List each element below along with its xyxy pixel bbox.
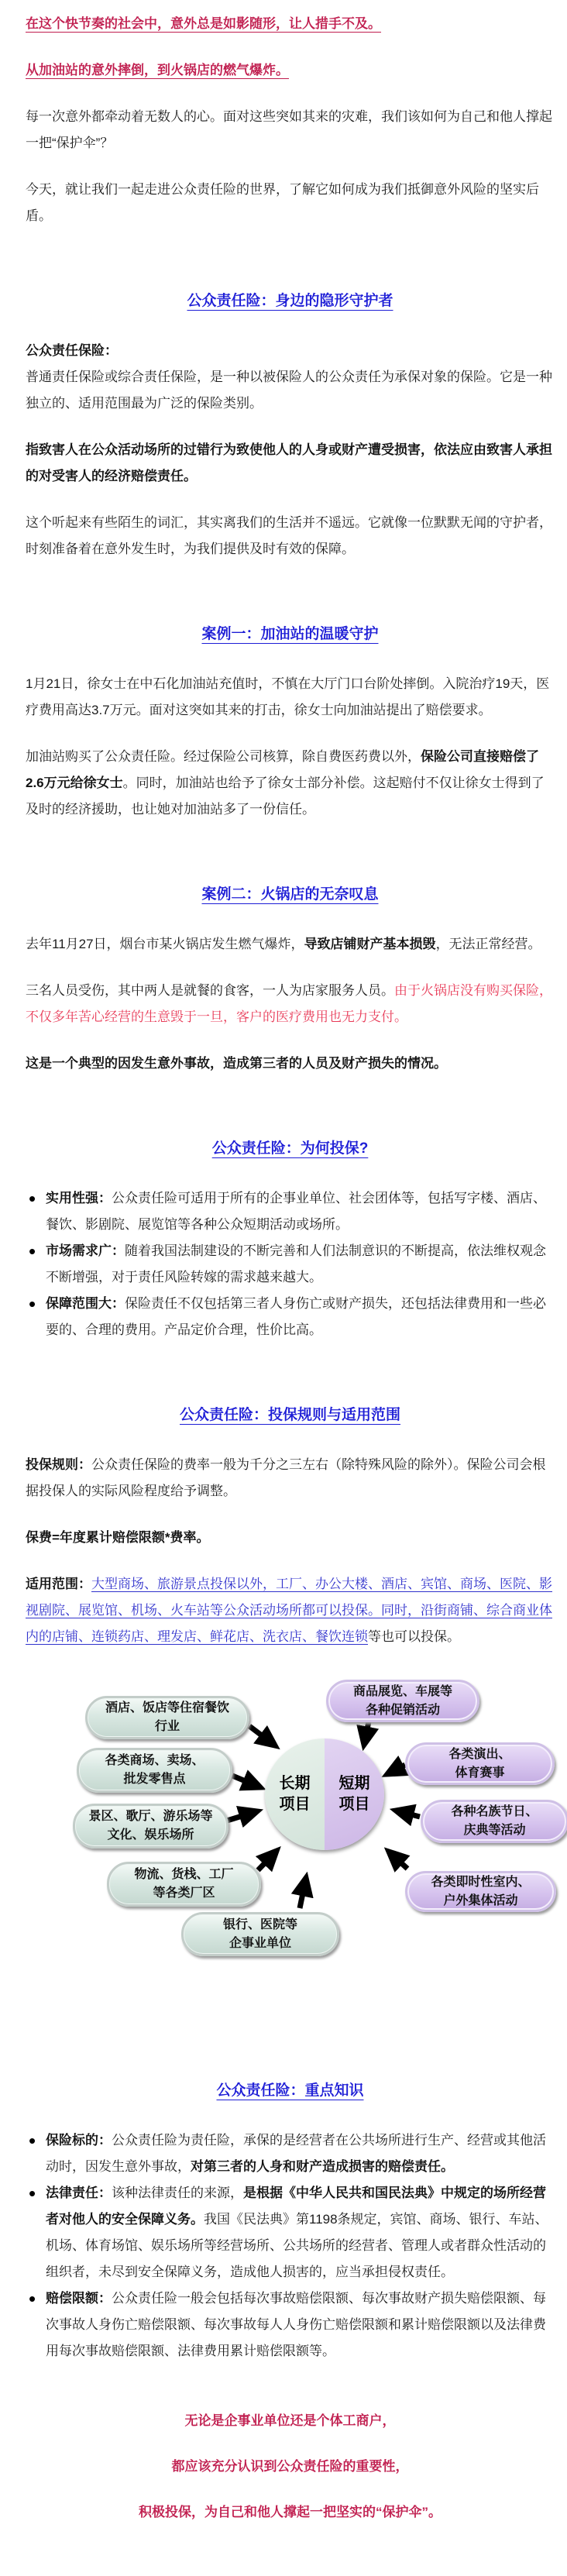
case2-p1-bold: 导致店铺财产基本损毁 [304,937,436,951]
right-box-performances: 各类演出、 体育赛事 [405,1742,555,1785]
case1-paragraph-1: 1月21日，徐女士在中石化加油站充值时，不慎在大厅门口台阶处摔倒。入院治疗19天… [26,671,555,724]
case2-p1-tail: ，无法正常经营。 [436,937,541,951]
left-box-logistics: 物流、货栈、工厂 等各类厂区 [107,1862,261,1907]
rules-paragraph: 投保规则：公众责任保险的费率一般为千分之三左右（除特殊风险的除外）。保险公司会根… [26,1452,555,1505]
bullet-label: 保险标的： [46,2133,112,2148]
premium-formula: 保费=年度累计赔偿限额*费率。 [26,1525,555,1551]
intro-red-line-1: 在这个快节奏的社会中，意外总是如影随形，让人措手不及。 [26,11,555,37]
box-line: 各类商场、卖场、 [105,1752,204,1770]
bullet-text: 公众责任险一般会包括每次事故赔偿限额、每次事故财产损失赔偿限额、每次事故人身伤亡… [46,2291,546,2358]
list-item: 实用性强：公众责任险可适用于所有的企事业单位、社会团体等，包括写字楼、酒店、餐饮… [35,1185,555,1238]
rules-text: 公众责任保险的费率一般为千分之三左右（除特殊风险的除外）。保险公司会根据投保人的… [26,1457,546,1498]
box-line: 等各类厂区 [153,1884,215,1903]
case2-p1-text: 去年11月27日，烟台市某火锅店发生燃气爆炸， [26,937,304,951]
box-line: 物流、货栈、工厂 [134,1866,233,1884]
case1-paragraph-2: 加油站购买了公众责任险。经过保险公司核算，除自费医药费以外，保险公司直接赔偿了2… [26,744,555,823]
heading-case-1: 案例一：加油站的温暖守护 [26,624,555,645]
heading-key-knowledge: 公众责任险：重点知识 [26,2081,555,2101]
bullet-bold: 对第三者的人身和财产造成损害的赔偿责任。 [191,2159,454,2174]
outro-line-3: 积极投保，为自己和他人撑起一把坚实的“保护伞”。 [26,2499,555,2526]
box-line: 庆典等活动 [463,1821,525,1840]
case2-summary-bold: 这是一个典型的因发生意外事故，造成第三者的人员及财产损失的情况。 [26,1051,555,1077]
box-line: 户外集体活动 [443,1892,517,1911]
list-item: 保障范围大：保险责任不仅包括第三者人身伤亡或财产损失，还包括法律费用和一些必要的… [35,1291,555,1343]
right-box-group-events: 各类即时性室内、 户外集体活动 [405,1871,556,1912]
bullet-label: 法律责任： [46,2186,112,2200]
case2-p2-text: 三名人员受伤，其中两人是就餐的食客，一人为店家服务人员。 [26,983,394,998]
heading-rules-scope: 公众责任险：投保规则与适用范围 [26,1405,555,1426]
scope-label: 适用范围： [26,1577,91,1591]
definition-paragraph: 普通责任保险或综合责任保险，是一种以被保险人的公众责任为承保对象的保险。它是一种… [26,364,555,417]
bullet-label: 市场需求广： [46,1243,125,1258]
list-item: 法律责任：该种法律责任的来源，是根据《中华人民共和国民法典》中规定的场所经营者对… [35,2180,555,2285]
case2-paragraph-1: 去年11月27日，烟台市某火锅店发生燃气爆炸，导致店铺财产基本损毁，无法正常经营… [26,931,555,958]
article-page: 在这个快节奏的社会中，意外总是如影随形，让人措手不及。 从加油站的意外摔倒，到火… [0,0,567,2576]
intro-paragraph-1: 每一次意外都牵动着无数人的心。面对这些突如其来的灾难，我们该如何为自己和他人撑起… [26,104,555,156]
bullet-text: 该种法律责任的来源， [112,2186,243,2200]
short-term-label: 短期项目 [338,1773,370,1815]
outro-line-2: 都应该充分认识到公众责任险的重要性， [26,2454,555,2480]
key-knowledge-list: 保险标的：公众责任险为责任险，承保的是经营者在公共场所进行生产、经营或其他活动时… [26,2127,555,2364]
box-line: 酒店、饭店等住宿餐饮 [105,1699,229,1718]
box-line: 各类即时性室内、 [431,1873,530,1892]
right-box-exhibitions: 商品展览、车展等 各种促销活动 [326,1680,479,1722]
closing-call-to-action: 无论是企事业单位还是个体工商户， 都应该充分认识到公众责任险的重要性， 积极投保… [26,2408,555,2526]
list-item: 保险标的：公众责任险为责任险，承保的是经营者在公共场所进行生产、经营或其他活动时… [35,2127,555,2180]
definition-label: 公众责任保险： [26,338,555,364]
box-line: 各类演出、 [448,1745,510,1764]
box-line: 行业 [155,1718,180,1736]
scope-paragraph: 适用范围：大型商场、旅游景点投保以外，工厂、办公大楼、酒店、宾馆、商场、医院、影… [26,1571,555,1650]
box-line: 商品展览、车展等 [353,1683,452,1701]
project-type-circle: 长期项目 短期项目 [265,1739,384,1850]
outro-line-1: 无论是企事业单位还是个体工商户， [26,2408,555,2434]
bullet-label: 实用性强： [46,1191,112,1205]
intro-red-line-2: 从加油站的意外摔倒，到火锅店的燃气爆炸。 [26,57,555,84]
left-box-hotels: 酒店、饭店等住宿餐饮 行业 [85,1696,249,1739]
intro-paragraph-2: 今天，就让我们一起走进公众责任险的世界，了解它如何成为我们抵御意外风险的坚实后盾… [26,177,555,229]
heading-invisible-guardian: 公众责任险：身边的隐形守护者 [26,291,555,311]
scope-link-text: 大型商场、旅游景点投保以外，工厂、办公大楼、酒店、宾馆、商场、医院、影视剧院、展… [26,1577,552,1644]
box-line: 各种名族节日、 [451,1803,538,1821]
case2-paragraph-2: 三名人员受伤，其中两人是就餐的食客，一人为店家服务人员。由于火锅店没有购买保险，… [26,978,555,1030]
left-box-attractions: 景区、歌厅、游乐场等 文化、娱乐场所 [73,1804,229,1849]
definition-bold-paragraph: 指致害人在公众活动场所的过错行为致使他人的人身或财产遭受损害，依法应由致害人承担… [26,437,555,490]
box-line: 企事业单位 [229,1935,291,1953]
case1-p2-text: 加油站购买了公众责任险。经过保险公司核算，除自费医药费以外， [26,749,421,764]
scope-tail: 等也可以投保。 [368,1629,460,1644]
list-item: 赔偿限额：公众责任险一般会包括每次事故赔偿限额、每次事故财产损失赔偿限额、每次事… [35,2285,555,2364]
bullet-label: 赔偿限额： [46,2291,112,2306]
heading-why-insure: 公众责任险：为何投保? [26,1139,555,1159]
heading-case-2: 案例二：火锅店的无奈叹息 [26,885,555,905]
left-box-banks: 银行、医院等 企事业单位 [181,1912,339,1956]
list-item: 市场需求广：随着我国法制建设的不断完善和人们法制意识的不断提高，依法维权观念不断… [35,1238,555,1291]
bullet-text: 公众责任险可适用于所有的企事业单位、社会团体等，包括写字楼、酒店、餐饮、影剧院、… [46,1191,546,1232]
box-line: 银行、医院等 [223,1916,297,1935]
why-insure-list: 实用性强：公众责任险可适用于所有的企事业单位、社会团体等，包括写字楼、酒店、餐饮… [26,1185,555,1343]
guardian-paragraph: 这个听起来有些陌生的词汇，其实离我们的生活并不遥远。它就像一位默默无闻的守护者，… [26,510,555,562]
right-box-festivals: 各种名族节日、 庆典等活动 [421,1800,567,1843]
box-line: 景区、歌厅、游乐场等 [88,1807,212,1826]
bullet-label: 保障范围大： [46,1296,125,1311]
left-box-malls: 各类商场、卖场、 批发零售点 [77,1748,232,1793]
rules-label: 投保规则： [26,1457,91,1472]
box-line: 文化、娱乐场所 [107,1826,194,1845]
box-line: 体育赛事 [455,1764,504,1783]
box-line: 各种促销活动 [366,1701,440,1720]
box-line: 批发零售点 [123,1770,185,1789]
applicability-diagram: 酒店、饭店等住宿餐饮 行业 各类商场、卖场、 批发零售点 景区、歌厅、游乐场等 … [26,1670,555,1990]
long-term-label: 长期项目 [279,1773,311,1815]
